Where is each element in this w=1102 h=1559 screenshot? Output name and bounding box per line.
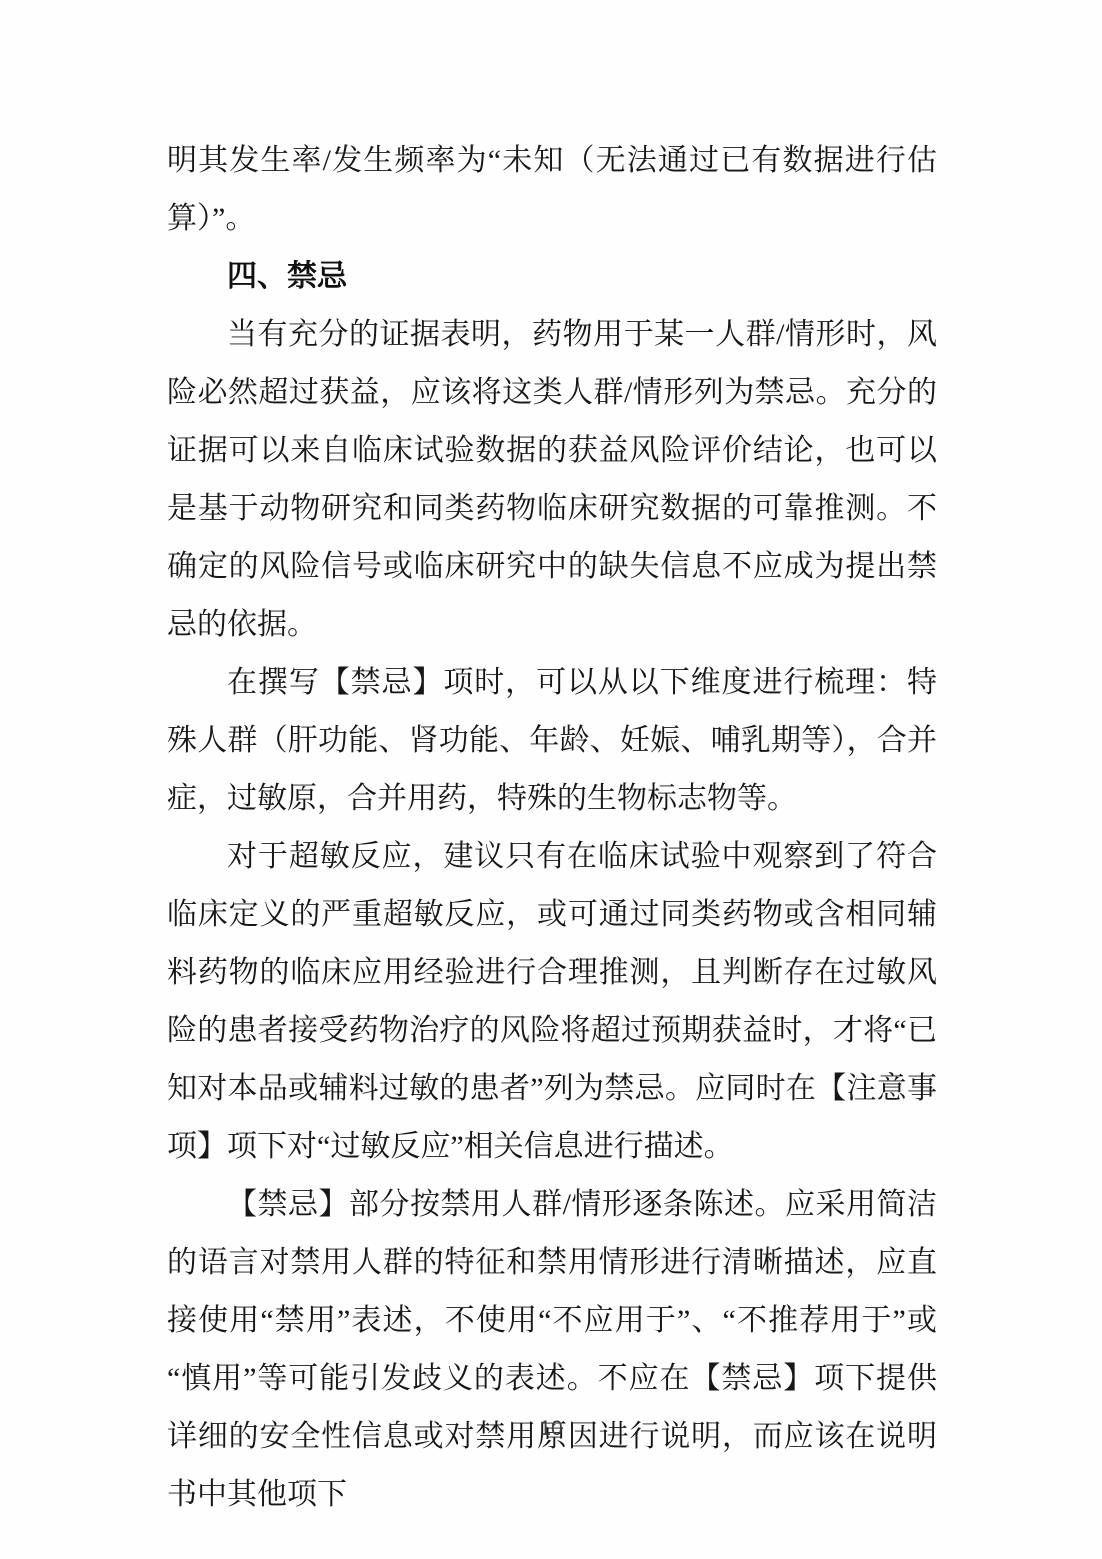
paragraph-evidence-criteria: 当有充分的证据表明，药物用于某一人群/情形时，风险必然超过获益，应该将这类人群/… (167, 306, 937, 654)
paragraph-hypersensitivity: 对于超敏反应，建议只有在临床试验中观察到了符合临床定义的严重超敏反应，或可通过同… (167, 828, 937, 1176)
text-column: 明其发生率/发生频率为“未知（无法通过已有数据进行估算）”。 四、禁忌 当有充分… (167, 132, 937, 1524)
document-page: 明其发生率/发生频率为“未知（无法通过已有数据进行估算）”。 四、禁忌 当有充分… (0, 0, 1102, 1559)
paragraph-continuation: 明其发生率/发生频率为“未知（无法通过已有数据进行估算）”。 (167, 132, 937, 248)
paragraph-wording-rules: 【禁忌】部分按禁用人群/情形逐条陈述。应采用简洁的语言对禁用人群的特征和禁用情形… (167, 1176, 937, 1524)
section-heading-contraindications: 四、禁忌 (167, 248, 937, 306)
paragraph-writing-dimensions: 在撰写【禁忌】项时，可以从以下维度进行梳理：特殊人群（肝功能、肾功能、年龄、妊娠… (167, 654, 937, 828)
page-number: 10 (0, 1414, 1102, 1444)
